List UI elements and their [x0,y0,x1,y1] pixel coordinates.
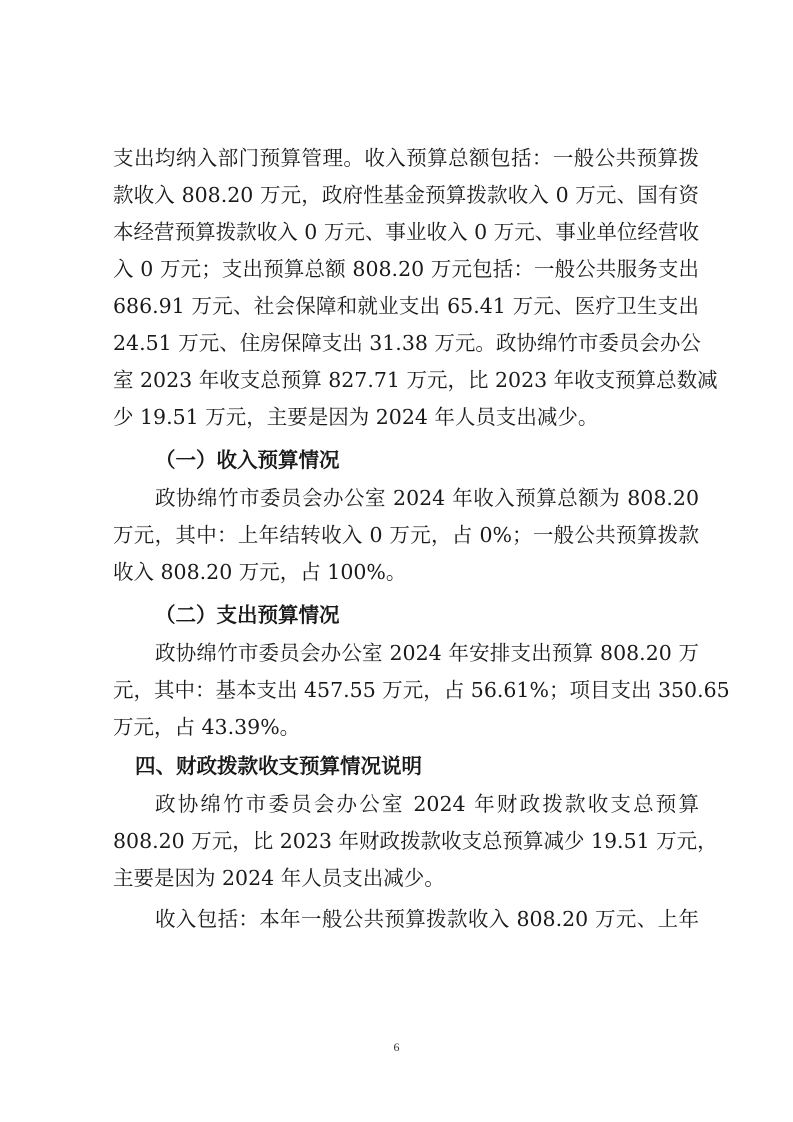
text-line: 收入 808.20 万元，占 100%。 [113,554,699,591]
page-number: 6 [0,1040,793,1055]
text-line: 款收入 808.20 万元，政府性基金预算拨款收入 0 万元、国有资 [113,177,699,214]
text-line: 室 2023 年收支总预算 827.71 万元，比 2023 年收支预算总数减 [113,362,699,399]
text-line: 少 19.51 万元，主要是因为 2024 年人员支出减少。 [113,399,699,436]
text-line: 本经营预算拨款收入 0 万元、事业收入 0 万元、事业单位经营收 [113,214,699,251]
paragraph-income-detail: 收入包括：本年一般公共预算拨款收入 808.20 万元、上年 [113,901,699,938]
paragraph-fiscal-budget: 政协绵竹市委员会办公室 2024 年财政拨款收支总预算 808.20 万元，比 … [113,786,699,897]
paragraph-budget-summary: 支出均纳入部门预算管理。收入预算总额包括：一般公共预算拨 款收入 808.20 … [113,140,699,436]
text-line: 元，其中：基本支出 457.55 万元，占 56.61%；项目支出 350.65 [113,672,699,709]
text-line: 入 0 万元；支出预算总额 808.20 万元包括：一般公共服务支出 [113,251,699,288]
text-line: 政协绵竹市委员会办公室 2024 年财政拨款收支总预算 [113,786,699,823]
text-line: 万元，占 43.39%。 [113,709,699,746]
heading-income-budget: （一）收入预算情况 [113,440,699,480]
text-line: 808.20 万元，比 2023 年财政拨款收支总预算减少 19.51 万元， [113,823,699,860]
text-line: 万元，其中：上年结转收入 0 万元，占 0%；一般公共预算拨款 [113,517,699,554]
text-line: 686.91 万元、社会保障和就业支出 65.41 万元、医疗卫生支出 [113,288,699,325]
text-line: 政协绵竹市委员会办公室 2024 年收入预算总额为 808.20 [113,480,699,517]
heading-section-4: 四、财政拨款收支预算情况说明 [113,746,699,786]
heading-expense-budget: （二）支出预算情况 [113,595,699,635]
document-page: 支出均纳入部门预算管理。收入预算总额包括：一般公共预算拨 款收入 808.20 … [113,140,699,938]
text-line: 24.51 万元、住房保障支出 31.38 万元。政协绵竹市委员会办公 [113,325,699,362]
paragraph-expense-budget: 政协绵竹市委员会办公室 2024 年安排支出预算 808.20 万 元，其中：基… [113,635,699,746]
text-line: 收入包括：本年一般公共预算拨款收入 808.20 万元、上年 [113,901,699,938]
paragraph-income-budget: 政协绵竹市委员会办公室 2024 年收入预算总额为 808.20 万元，其中：上… [113,480,699,591]
text-line: 政协绵竹市委员会办公室 2024 年安排支出预算 808.20 万 [113,635,699,672]
text-line: 支出均纳入部门预算管理。收入预算总额包括：一般公共预算拨 [113,140,699,177]
text-line: 主要是因为 2024 年人员支出减少。 [113,860,699,897]
